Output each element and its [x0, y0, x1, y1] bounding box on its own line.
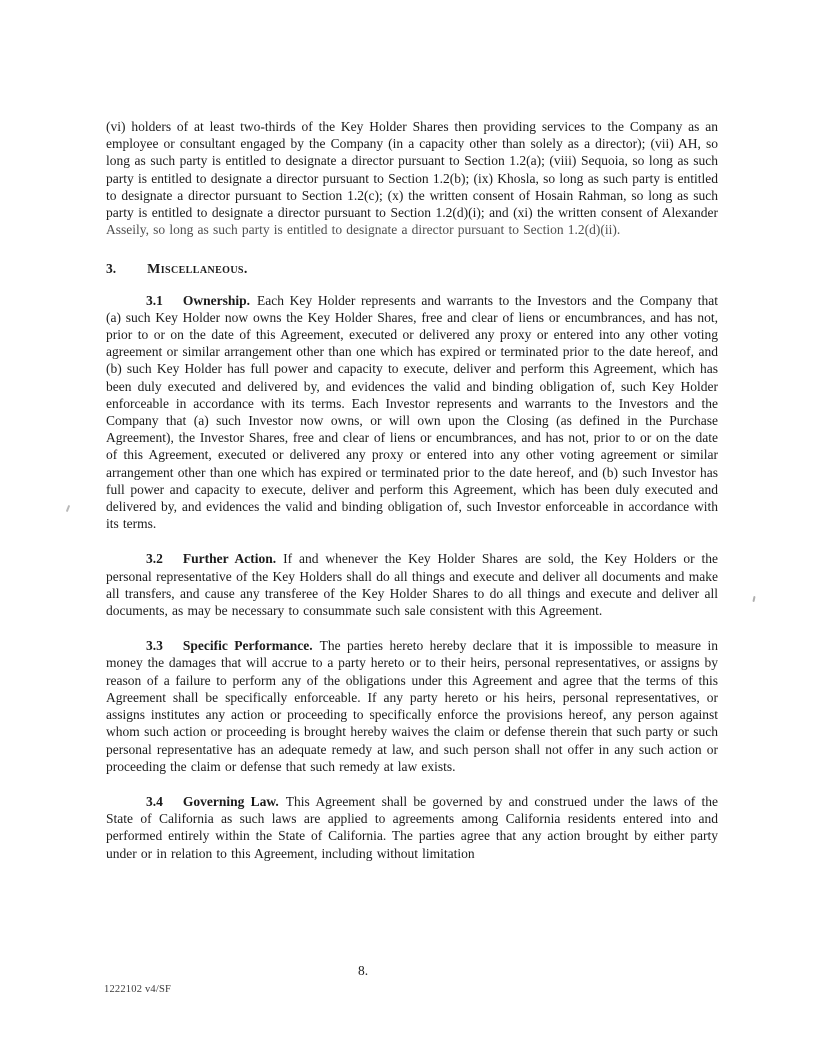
section-body: Each Key Holder represents and warrants …	[106, 293, 718, 532]
heading-title: Miscellaneous.	[147, 262, 248, 277]
section-title: Governing Law.	[183, 794, 279, 809]
document-id-footer: 1222102 v4/SF	[104, 981, 171, 998]
section-number: 3.4	[146, 794, 163, 809]
section-3-4-governing-law: 3.4Governing Law.This Agreement shall be…	[106, 793, 718, 862]
section-heading-miscellaneous: 3.Miscellaneous.	[106, 260, 718, 278]
scan-artifact-left	[66, 505, 70, 512]
section-3-1-ownership: 3.1Ownership.Each Key Holder represents …	[106, 292, 718, 533]
section-number: 3.2	[146, 551, 163, 566]
section-3-2-further-action: 3.2Further Action.If and whenever the Ke…	[106, 550, 718, 619]
section-number: 3.1	[146, 293, 163, 308]
paragraph-text-faded: Asseily, so long as such party is entitl…	[106, 222, 620, 237]
section-title: Specific Performance.	[183, 638, 313, 653]
paragraph-text: (vi) holders of at least two-thirds of t…	[106, 119, 718, 220]
section-title: Further Action.	[183, 551, 276, 566]
section-title: Ownership.	[183, 293, 250, 308]
continuation-paragraph: (vi) holders of at least two-thirds of t…	[106, 118, 718, 238]
section-body: The parties hereto hereby declare that i…	[106, 638, 718, 773]
section-3-3-specific-performance: 3.3Specific Performance.The parties here…	[106, 637, 718, 775]
document-page: (vi) holders of at least two-thirds of t…	[0, 0, 816, 1056]
page-number: 8.	[0, 962, 726, 979]
scan-artifact-right	[752, 596, 755, 602]
section-number: 3.3	[146, 638, 163, 653]
heading-number: 3.	[106, 261, 116, 276]
